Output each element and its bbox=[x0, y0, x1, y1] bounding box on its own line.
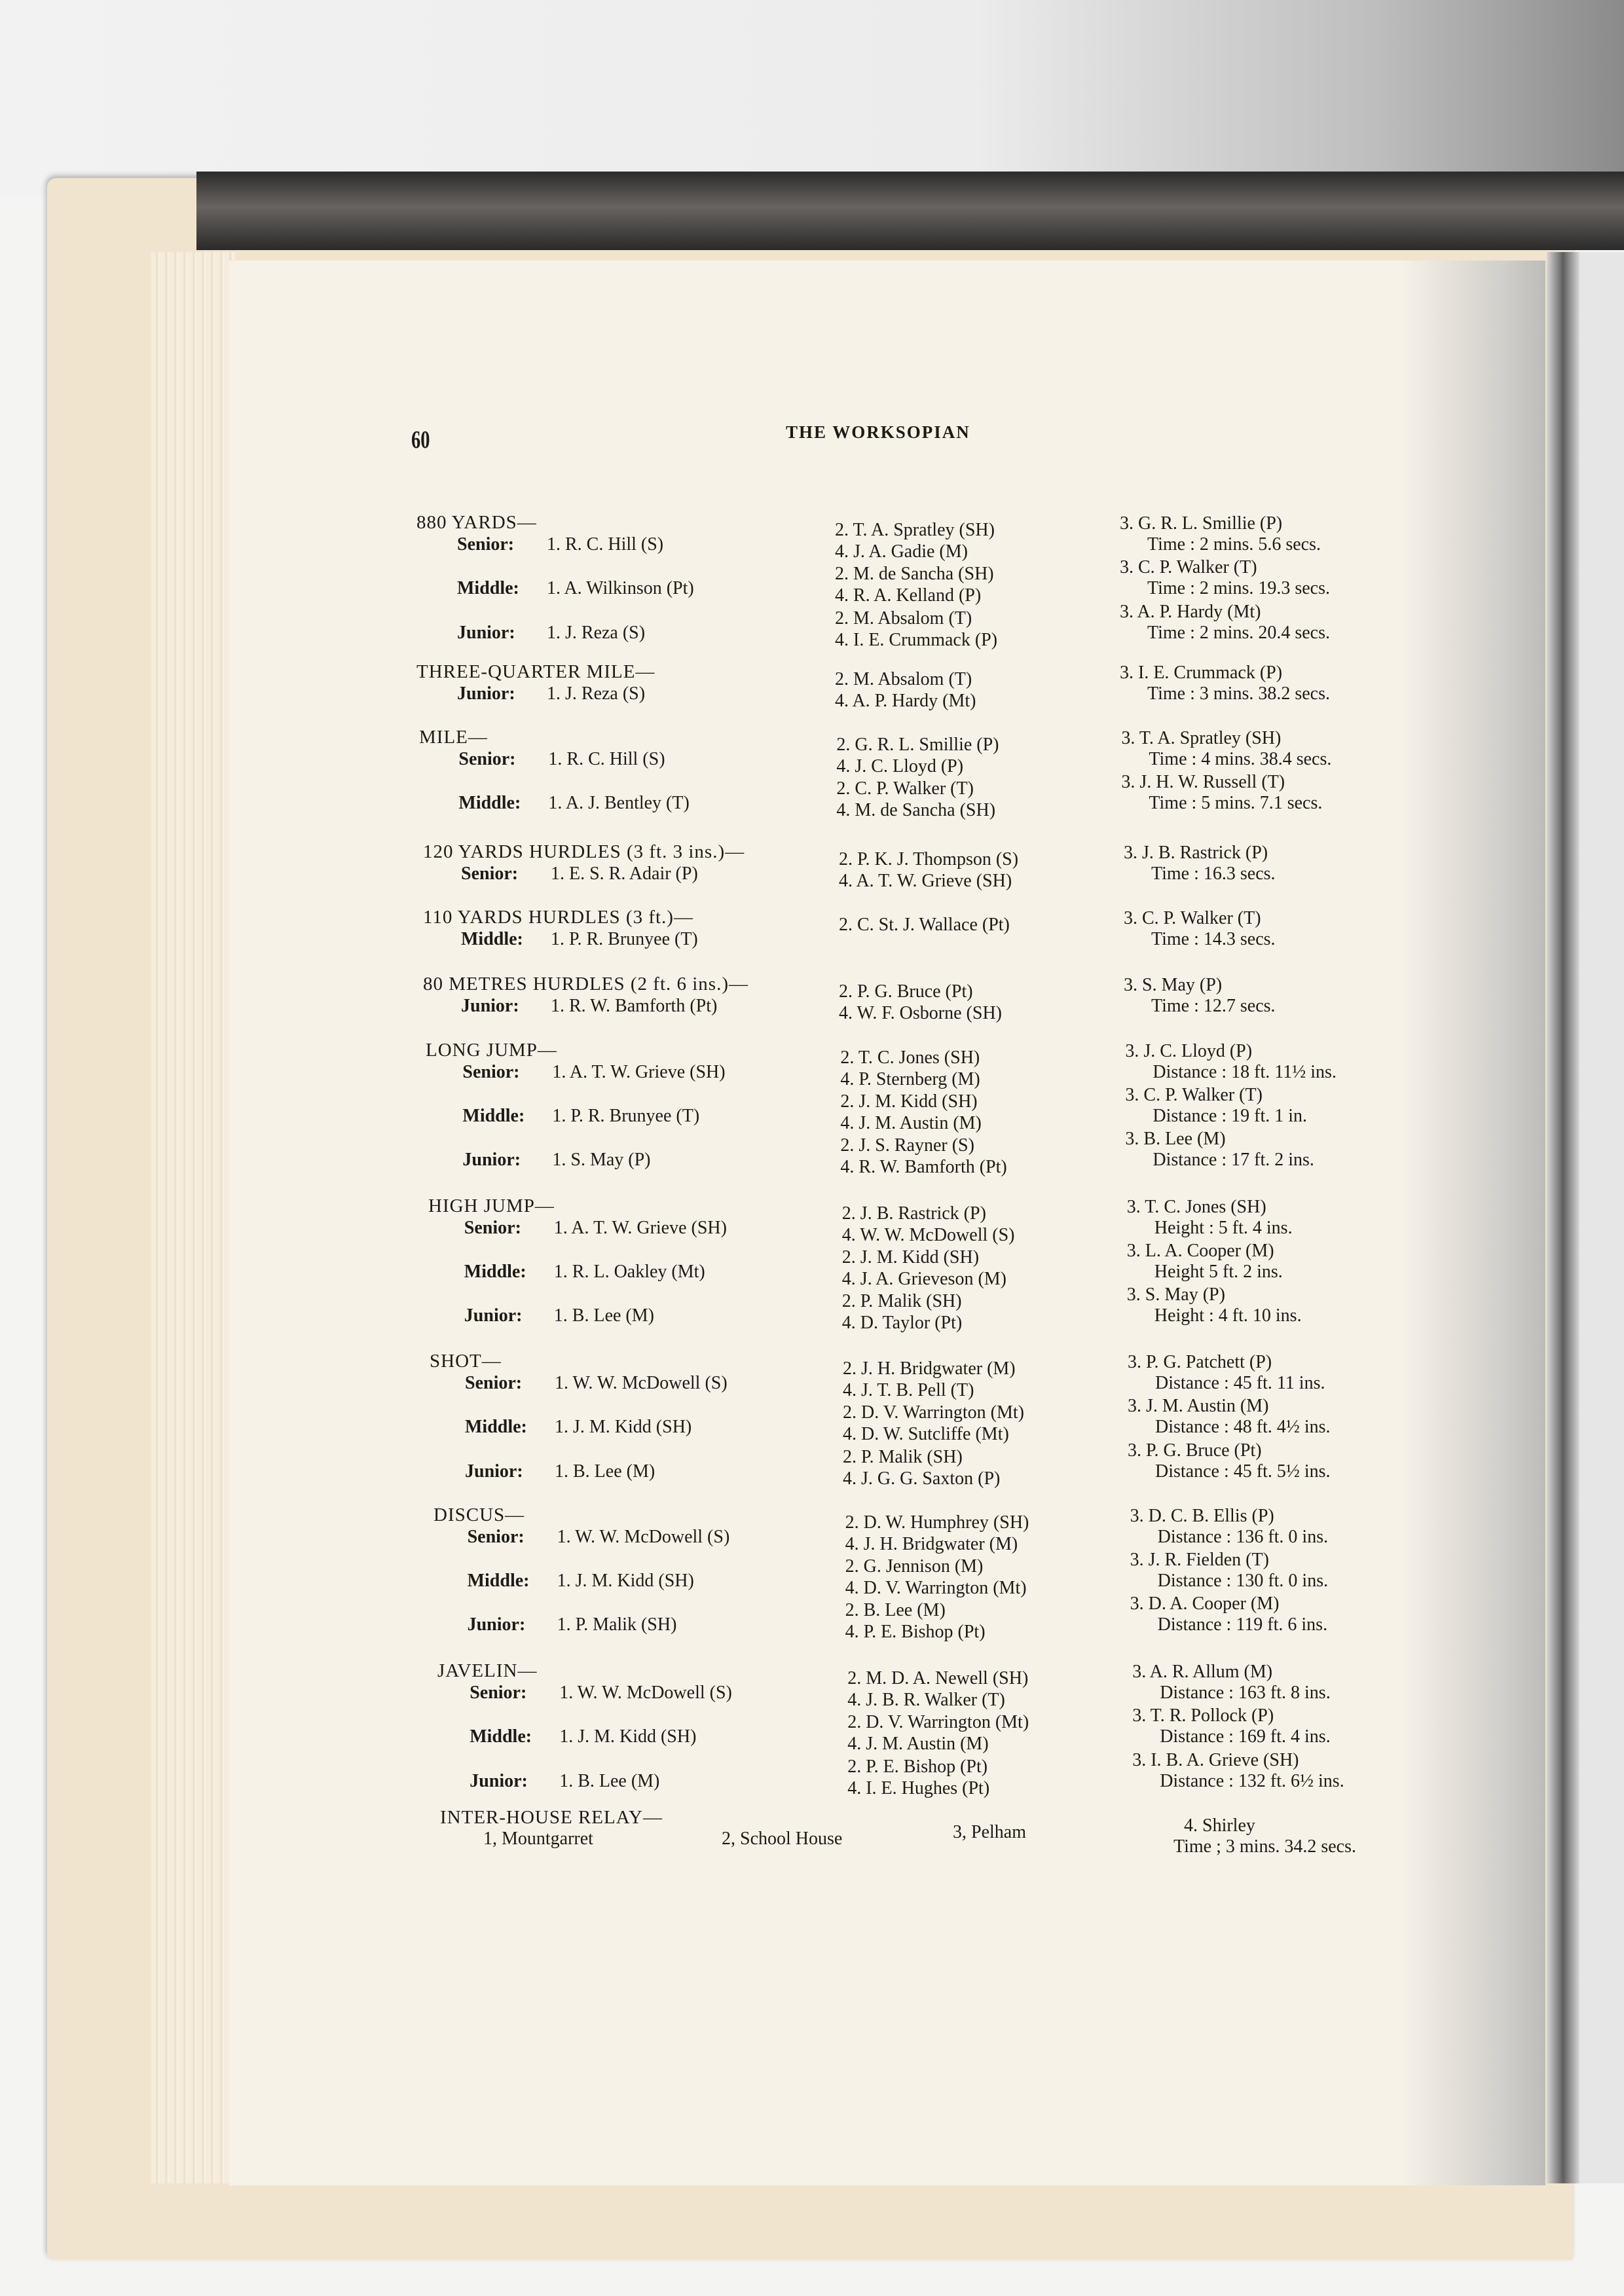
second-place: 2. J. M. Kidd (SH) bbox=[842, 1247, 979, 1268]
scanner-background bbox=[0, 0, 1624, 196]
category-label: Senior: bbox=[468, 1526, 525, 1548]
relay-third: 3, Pelham bbox=[953, 1821, 1026, 1843]
second-place: 2. D. V. Warrington (Mt) bbox=[847, 1711, 1029, 1733]
first-place: 1. J. Reza (S) bbox=[547, 683, 645, 704]
third-place: 3. T. C. Jones (SH) bbox=[1127, 1196, 1266, 1218]
first-place: 1. B. Lee (M) bbox=[555, 1461, 655, 1482]
fourth-place: 4. J. C. Lloyd (P) bbox=[836, 756, 963, 777]
fourth-place: 4. J. A. Grieveson (M) bbox=[842, 1268, 1006, 1290]
fourth-place: 4. J. G. G. Saxton (P) bbox=[843, 1468, 1000, 1489]
fourth-place: 4. W. W. McDowell (S) bbox=[842, 1224, 1015, 1246]
first-place: 1. R. W. Bamforth (Pt) bbox=[551, 995, 717, 1017]
category-label: Junior: bbox=[461, 995, 519, 1017]
relay-time: Time ; 3 mins. 34.2 secs. bbox=[1173, 1836, 1356, 1857]
event-title: MILE— bbox=[419, 727, 488, 748]
running-head: THE WORKSOPIAN bbox=[786, 422, 1048, 443]
category-label: Senior: bbox=[464, 1217, 521, 1239]
category-label: Junior: bbox=[470, 1770, 528, 1792]
category-label: Middle: bbox=[458, 792, 521, 814]
performance-value: Distance : 119 ft. 6 ins. bbox=[1158, 1614, 1327, 1635]
third-place: 3. J. B. Rastrick (P) bbox=[1124, 842, 1268, 864]
first-place: 1. P. R. Brunyee (T) bbox=[552, 1105, 699, 1127]
category-label: Middle: bbox=[462, 1105, 525, 1127]
page-edges bbox=[151, 252, 236, 2183]
category-label: Middle: bbox=[465, 1416, 527, 1438]
second-place: 2. T. C. Jones (SH) bbox=[840, 1047, 980, 1068]
fourth-place: 4. J. H. Bridgwater (M) bbox=[845, 1533, 1018, 1555]
first-place: 1. A. Wilkinson (Pt) bbox=[547, 577, 694, 599]
second-place: 2. J. B. Rastrick (P) bbox=[842, 1203, 986, 1224]
third-place: 3. A. R. Allum (M) bbox=[1132, 1661, 1272, 1683]
performance-value: Distance : 17 ft. 2 ins. bbox=[1153, 1149, 1314, 1171]
fourth-place: 4. D. Taylor (Pt) bbox=[842, 1312, 962, 1334]
category-label: Middle: bbox=[468, 1570, 530, 1592]
performance-value: Time : 3 mins. 38.2 secs. bbox=[1147, 683, 1330, 704]
category-label: Junior: bbox=[464, 1305, 523, 1326]
second-place: 2. P. Malik (SH) bbox=[842, 1290, 962, 1312]
fourth-place: 4. J. B. R. Walker (T) bbox=[847, 1689, 1005, 1711]
first-place: 1. E. S. R. Adair (P) bbox=[551, 863, 698, 884]
second-place: 2. P. K. J. Thompson (S) bbox=[839, 848, 1018, 870]
third-place: 3. A. P. Hardy (Mt) bbox=[1120, 601, 1261, 623]
performance-value: Distance : 19 ft. 1 in. bbox=[1153, 1105, 1307, 1127]
first-place: 1. R. C. Hill (S) bbox=[547, 534, 663, 555]
third-place: 3. G. R. L. Smillie (P) bbox=[1120, 513, 1282, 534]
second-place: 2. M. de Sancha (SH) bbox=[835, 563, 994, 585]
first-place: 1. W. W. McDowell (S) bbox=[559, 1682, 732, 1704]
first-place: 1. A. T. W. Grieve (SH) bbox=[552, 1061, 725, 1083]
third-place: 3. S. May (P) bbox=[1124, 974, 1222, 996]
performance-value: Time : 2 mins. 19.3 secs. bbox=[1147, 577, 1330, 599]
fourth-place: 4. A. T. W. Grieve (SH) bbox=[839, 870, 1012, 892]
performance-value: Time : 2 mins. 20.4 secs. bbox=[1147, 622, 1330, 644]
fourth-place: 4. I. E. Crummack (P) bbox=[835, 629, 997, 651]
event-title: HIGH JUMP— bbox=[428, 1195, 555, 1217]
fourth-place: 4. D. V. Warrington (Mt) bbox=[845, 1577, 1027, 1599]
performance-value: Time : 14.3 secs. bbox=[1151, 928, 1276, 950]
category-label: Senior: bbox=[457, 534, 514, 555]
third-place: 3. B. Lee (M) bbox=[1125, 1128, 1225, 1150]
event-title: 110 YARDS HURDLES (3 ft.)— bbox=[423, 907, 693, 928]
event-title: LONG JUMP— bbox=[426, 1040, 557, 1061]
performance-value: Height : 5 ft. 4 ins. bbox=[1154, 1217, 1293, 1239]
fourth-place: 4. J. M. Austin (M) bbox=[847, 1733, 988, 1755]
first-place: 1. J. M. Kidd (SH) bbox=[559, 1726, 696, 1747]
category-label: Junior: bbox=[468, 1614, 526, 1635]
second-place: 2. M. Absalom (T) bbox=[835, 608, 972, 629]
page-number: 60 bbox=[411, 426, 430, 454]
first-place: 1. P. R. Brunyee (T) bbox=[551, 928, 698, 950]
event-title: 80 METRES HURDLES (2 ft. 6 ins.)— bbox=[423, 974, 748, 995]
performance-value: Distance : 132 ft. 6½ ins. bbox=[1160, 1770, 1344, 1792]
fourth-place: 4. P. E. Bishop (Pt) bbox=[845, 1621, 986, 1643]
performance-value: Distance : 45 ft. 11 ins. bbox=[1155, 1372, 1325, 1394]
first-place: 1. J. Reza (S) bbox=[547, 622, 645, 644]
first-place: 1. J. M. Kidd (SH) bbox=[557, 1570, 694, 1592]
second-place: 2. J. M. Kidd (SH) bbox=[840, 1091, 977, 1112]
third-place: 3. I. B. A. Grieve (SH) bbox=[1132, 1749, 1299, 1771]
first-place: 1. W. W. McDowell (S) bbox=[557, 1526, 730, 1548]
third-place: 3. C. P. Walker (T) bbox=[1125, 1084, 1263, 1106]
facing-page bbox=[1579, 252, 1624, 2183]
second-place: 2. J. H. Bridgwater (M) bbox=[843, 1358, 1016, 1379]
category-label: Junior: bbox=[465, 1461, 523, 1482]
fourth-place: 4. A. P. Hardy (Mt) bbox=[835, 690, 976, 712]
event-title: DISCUS— bbox=[434, 1504, 525, 1526]
second-place: 2. C. St. J. Wallace (Pt) bbox=[839, 914, 1010, 936]
category-label: Middle: bbox=[470, 1726, 532, 1747]
performance-value: Time : 4 mins. 38.4 secs. bbox=[1149, 748, 1331, 770]
fourth-place: 4. R. W. Bamforth (Pt) bbox=[840, 1156, 1006, 1178]
category-label: Senior: bbox=[470, 1682, 526, 1704]
fourth-place: 4. J. T. B. Pell (T) bbox=[843, 1379, 974, 1401]
fourth-place: 4. I. E. Hughes (Pt) bbox=[847, 1777, 989, 1799]
performance-value: Distance : 45 ft. 5½ ins. bbox=[1155, 1461, 1331, 1482]
relay-title: INTER-HOUSE RELAY— bbox=[440, 1807, 663, 1829]
fourth-place: 4. W. F. Osborne (SH) bbox=[839, 1002, 1002, 1024]
category-label: Senior: bbox=[461, 863, 518, 884]
category-label: Middle: bbox=[464, 1261, 526, 1283]
category-label: Junior: bbox=[457, 683, 515, 704]
performance-value: Distance : 169 ft. 4 ins. bbox=[1160, 1726, 1331, 1747]
third-place: 3. C. P. Walker (T) bbox=[1124, 907, 1261, 929]
fourth-place: 4. M. de Sancha (SH) bbox=[836, 799, 995, 821]
first-place: 1. B. Lee (M) bbox=[559, 1770, 659, 1792]
third-place: 3. J. R. Fielden (T) bbox=[1130, 1549, 1269, 1571]
event-title: 120 YARDS HURDLES (3 ft. 3 ins.)— bbox=[423, 841, 745, 863]
fourth-place: 4. R. A. Kelland (P) bbox=[835, 585, 981, 606]
category-label: Senior: bbox=[465, 1372, 522, 1394]
second-place: 2. M. D. A. Newell (SH) bbox=[847, 1667, 1028, 1689]
third-place: 3. T. R. Pollock (P) bbox=[1132, 1705, 1274, 1726]
second-place: 2. M. Absalom (T) bbox=[835, 668, 972, 690]
performance-value: Distance : 130 ft. 0 ins. bbox=[1158, 1570, 1329, 1592]
third-place: 3. P. G. Bruce (Pt) bbox=[1128, 1440, 1262, 1461]
third-place: 3. T. A. Spratley (SH) bbox=[1121, 727, 1281, 749]
performance-value: Distance : 18 ft. 11½ ins. bbox=[1153, 1061, 1336, 1083]
relay-second: 2, School House bbox=[722, 1828, 842, 1850]
fourth-place: 4. D. W. Sutcliffe (Mt) bbox=[843, 1423, 1009, 1445]
second-place: 2. G. R. L. Smillie (P) bbox=[836, 734, 999, 756]
second-place: 2. P. Malik (SH) bbox=[843, 1446, 963, 1468]
relay-fourth: 4. Shirley bbox=[1184, 1815, 1255, 1836]
gutter-shadow bbox=[1547, 252, 1579, 2183]
performance-value: Time : 16.3 secs. bbox=[1151, 863, 1276, 884]
performance-value: Time : 12.7 secs. bbox=[1151, 995, 1276, 1017]
third-place: 3. J. M. Austin (M) bbox=[1128, 1395, 1268, 1417]
performance-value: Height : 4 ft. 10 ins. bbox=[1154, 1305, 1302, 1326]
category-label: Senior: bbox=[462, 1061, 519, 1083]
second-place: 2. J. S. Rayner (S) bbox=[840, 1135, 974, 1156]
first-place: 1. P. Malik (SH) bbox=[557, 1614, 677, 1635]
cover-spine-shadow bbox=[196, 172, 1624, 250]
first-place: 1. W. W. McDowell (S) bbox=[555, 1372, 728, 1394]
event-title: SHOT— bbox=[430, 1351, 502, 1372]
third-place: 3. D. A. Cooper (M) bbox=[1130, 1593, 1280, 1614]
second-place: 2. B. Lee (M) bbox=[845, 1599, 946, 1621]
performance-value: Distance : 136 ft. 0 ins. bbox=[1158, 1526, 1329, 1548]
third-place: 3. I. E. Crummack (P) bbox=[1120, 662, 1282, 683]
event-title: 880 YARDS— bbox=[416, 512, 537, 534]
second-place: 2. P. G. Bruce (Pt) bbox=[839, 981, 973, 1002]
first-place: 1. R. L. Oakley (Mt) bbox=[554, 1261, 705, 1283]
event-title: JAVELIN— bbox=[437, 1660, 537, 1682]
second-place: 2. D. W. Humphrey (SH) bbox=[845, 1512, 1029, 1533]
second-place: 2. P. E. Bishop (Pt) bbox=[847, 1756, 987, 1777]
first-place: 1. A. J. Bentley (T) bbox=[548, 792, 689, 814]
fourth-place: 4. J. M. Austin (M) bbox=[840, 1112, 981, 1134]
category-label: Middle: bbox=[461, 928, 523, 950]
second-place: 2. D. V. Warrington (Mt) bbox=[843, 1402, 1024, 1423]
fourth-place: 4. P. Sternberg (M) bbox=[840, 1068, 980, 1090]
performance-value: Height 5 ft. 2 ins. bbox=[1154, 1261, 1283, 1283]
third-place: 3. J. H. W. Russell (T) bbox=[1121, 771, 1285, 793]
first-place: 1. A. T. W. Grieve (SH) bbox=[554, 1217, 727, 1239]
category-label: Junior: bbox=[457, 622, 515, 644]
third-place: 3. S. May (P) bbox=[1127, 1284, 1225, 1305]
third-place: 3. J. C. Lloyd (P) bbox=[1125, 1040, 1252, 1062]
performance-value: Distance : 163 ft. 8 ins. bbox=[1160, 1682, 1331, 1704]
first-place: 1. J. M. Kidd (SH) bbox=[555, 1416, 692, 1438]
event-title: THREE-QUARTER MILE— bbox=[416, 661, 655, 683]
second-place: 2. C. P. Walker (T) bbox=[836, 778, 974, 799]
first-place: 1. S. May (P) bbox=[552, 1149, 650, 1171]
category-label: Middle: bbox=[457, 577, 519, 599]
first-place: 1. B. Lee (M) bbox=[554, 1305, 654, 1326]
second-place: 2. T. A. Spratley (SH) bbox=[835, 519, 995, 541]
relay-first: 1, Mountgarret bbox=[483, 1828, 593, 1850]
performance-value: Distance : 48 ft. 4½ ins. bbox=[1155, 1416, 1331, 1438]
first-place: 1. R. C. Hill (S) bbox=[548, 748, 665, 770]
second-place: 2. G. Jennison (M) bbox=[845, 1556, 984, 1577]
category-label: Senior: bbox=[458, 748, 515, 770]
performance-value: Time : 2 mins. 5.6 secs. bbox=[1147, 534, 1321, 555]
third-place: 3. C. P. Walker (T) bbox=[1120, 556, 1257, 578]
category-label: Junior: bbox=[462, 1149, 521, 1171]
fourth-place: 4. J. A. Gadie (M) bbox=[835, 541, 968, 562]
performance-value: Time : 5 mins. 7.1 secs. bbox=[1149, 792, 1322, 814]
third-place: 3. L. A. Cooper (M) bbox=[1127, 1240, 1274, 1262]
third-place: 3. D. C. B. Ellis (P) bbox=[1130, 1505, 1274, 1527]
third-place: 3. P. G. Patchett (P) bbox=[1128, 1351, 1272, 1373]
